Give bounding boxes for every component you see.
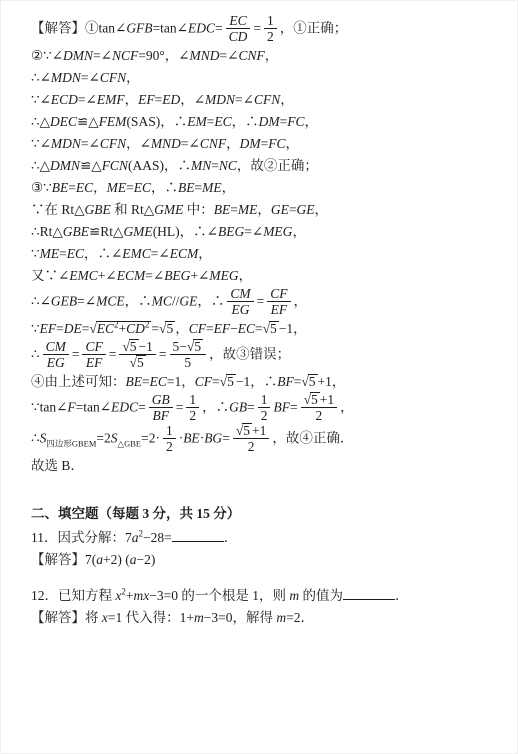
math-variable: a [132, 530, 139, 545]
text-run: =2． [286, 610, 314, 625]
text-run: = [212, 374, 220, 389]
text-run: 2 [166, 439, 173, 454]
text-run: ． [224, 530, 238, 545]
fraction-denominator: CD [226, 28, 251, 44]
math-variable: DMN [63, 48, 93, 63]
text-run: 二、填空题（每题 3 分，共 15 分） [31, 506, 240, 521]
text-run: + [126, 588, 134, 603]
radicand: 5 [193, 339, 203, 354]
text-run: 12．已知方程 [31, 588, 115, 603]
math-variable: FCN [102, 158, 128, 173]
text-run: ③∵ [31, 180, 52, 195]
text-run: ， [257, 202, 271, 217]
math-variable: DEC [50, 114, 77, 129]
text-run: ， [292, 224, 306, 239]
math-variable: CM [230, 286, 250, 301]
fill-blank-underline [343, 587, 395, 600]
sqrt-expression: √5 [220, 371, 236, 393]
math-variable: BE [52, 180, 69, 195]
text-run: ∴ [31, 431, 40, 446]
math-variable: m [289, 588, 299, 603]
sqrt-expression: √5 [122, 339, 138, 354]
math-variable: FC [287, 114, 304, 129]
fraction-numerator: 1 [264, 13, 277, 28]
text-run: ， [340, 400, 354, 415]
text-run: ， [304, 114, 318, 129]
text-run: 5 [227, 374, 234, 389]
text-run: +1 [320, 392, 334, 407]
text-run: =∠ [220, 48, 239, 63]
text-run: 【解答】将 [31, 610, 102, 625]
text-run: ， [198, 246, 212, 261]
text-run: 2 [267, 29, 274, 44]
math-variable: BE [126, 374, 143, 389]
math-variable: MCE [96, 294, 125, 309]
text-run: ， [93, 180, 107, 195]
math-variable: MDN [51, 136, 81, 151]
text-run: ≌△ [77, 114, 99, 129]
question-line: 11．因式分解：7a2−28=． [31, 527, 499, 549]
fill-blank-underline [172, 529, 224, 542]
math-variable: BE [183, 431, 200, 446]
text-run: (SAS)，∴ [126, 114, 187, 129]
math-variable: DMN [50, 158, 80, 173]
radicand: 5 [242, 423, 252, 438]
math-variable: EG [231, 302, 249, 317]
math-variable: MND [190, 48, 220, 63]
text-run: ，∠ [126, 136, 151, 151]
solution-line: ③∵BE=EC，ME=EC，∴BE=ME， [31, 177, 499, 199]
text-run: ， [175, 321, 189, 336]
subscript: 四边形GBEM [46, 438, 96, 448]
text-run: ， [280, 92, 294, 107]
text-run: 1 [267, 13, 274, 28]
text-run: ∵ [31, 246, 40, 261]
text-run: = [290, 400, 298, 415]
math-variable: BF [152, 408, 169, 423]
text-run: =∠ [81, 136, 100, 151]
math-variable: GB [152, 392, 170, 407]
fraction-denominator: BF [149, 407, 173, 423]
math-variable: CNF [238, 48, 264, 63]
solution-line: ∴CMEG=CFEF=√5−1√5=5−√55，故③错误； [31, 340, 499, 371]
text-run: = [289, 202, 297, 217]
text-run: 1 [189, 392, 196, 407]
subscript: △GBE [118, 438, 142, 448]
math-variable: BE [214, 202, 231, 217]
text-run: 5 [270, 321, 277, 336]
math-variable: ME [40, 246, 60, 261]
math-variable: NC [219, 158, 237, 173]
text-run: ， [315, 202, 329, 217]
text-run: ，∴ [151, 180, 178, 195]
math-variable: EC [238, 321, 255, 336]
math-variable: DE [64, 321, 82, 336]
solution-line: ∵∠ECD=∠EMF，EF=ED，∠MDN=∠CFN， [31, 89, 499, 111]
document-page: 【解答】①tan∠GFB=tan∠EDC=ECCD=12，①正确；②∵∠DMN=… [0, 0, 518, 754]
math-variable: MEG [209, 268, 238, 283]
text-run: = [253, 21, 261, 36]
fraction-denominator: √5 [119, 354, 156, 370]
math-variable: CF [85, 339, 102, 354]
fraction-numerator: 1 [186, 392, 199, 407]
sqrt-expression: √5 [304, 392, 320, 407]
text-run: =tan∠ [76, 400, 111, 415]
text-run: = [247, 400, 255, 415]
text-run: 的值为 [299, 588, 343, 603]
fraction-numerator: 1 [258, 392, 271, 407]
text-run: ∴∠ [31, 70, 51, 85]
math-variable: CFN [100, 136, 126, 151]
fraction: 12 [258, 392, 271, 423]
math-variable: MN [191, 158, 211, 173]
text-run: =1 代入得：1+ [108, 610, 194, 625]
radicand: 5 [129, 339, 139, 354]
radicand: 5 [269, 321, 279, 336]
math-variable: BEG [218, 224, 244, 239]
fraction-denominator: EG [43, 354, 69, 370]
text-run: +∠ [190, 268, 209, 283]
text-run: 1 [261, 392, 268, 407]
text-run: = [138, 400, 146, 415]
fraction-denominator: 5 [170, 354, 207, 370]
sqrt-expression: √EC2+CD2 [89, 318, 151, 340]
text-run: = [255, 321, 263, 336]
solution-answer-block: 【解答】①tan∠GFB=tan∠EDC=ECCD=12，①正确；②∵∠DMN=… [31, 14, 499, 477]
math-variable: CM [46, 339, 66, 354]
text-run: ， [222, 180, 236, 195]
math-variable: DM [259, 114, 280, 129]
text-run: 【解答】7( [31, 552, 96, 567]
fraction: 12 [186, 392, 199, 423]
section-heading: 二、填空题（每题 3 分，共 15 分） [31, 503, 499, 525]
text-run: 【解答】①tan∠ [31, 21, 126, 36]
fill-in-items: 11．因式分解：7a2−28=．【解答】7(a+2) (a−2)12．已知方程 … [31, 527, 499, 629]
text-run: 5 [166, 321, 173, 336]
math-variable: EMC [122, 246, 151, 261]
text-run: =90°，∠ [138, 48, 189, 63]
text-run: =tan∠ [153, 21, 188, 36]
text-run: ∴Rt△ [31, 224, 63, 239]
math-variable: GE [297, 202, 315, 217]
text-run: 5 [130, 339, 137, 354]
fraction-numerator: √5−1 [119, 339, 156, 354]
fraction-numerator: 1 [163, 423, 176, 438]
fraction-denominator: EF [267, 301, 290, 317]
text-run: ④由上述可知： [31, 374, 126, 389]
text-run: = [215, 21, 223, 36]
text-run: ②∵∠ [31, 48, 63, 63]
answer-line: 【解答】将 x=1 代入得：1+m−3=0，解得 m=2． [31, 607, 499, 629]
math-variable: DM [240, 136, 261, 151]
solution-line: 故选 B． [31, 455, 499, 477]
text-run: ∵tan∠ [31, 400, 67, 415]
radicand: 5 [165, 321, 175, 336]
math-variable: FEM [99, 114, 127, 129]
math-variable: ME [107, 180, 127, 195]
math-variable: BF [273, 400, 290, 415]
text-run: 2 [315, 408, 322, 423]
solution-line: ∵∠MDN=∠CFN，∠MND=∠CNF，DM=FC， [31, 133, 499, 155]
solution-line: 【解答】①tan∠GFB=tan∠EDC=ECCD=12，①正确； [31, 14, 499, 45]
text-run: ≌Rt△ [89, 224, 123, 239]
solution-line: ④由上述可知：BE=EC=1，CF=√5−1，∴BF=√5+1， [31, 371, 499, 393]
sqrt-expression: √5 [301, 371, 317, 393]
sqrt-expression: √5 [236, 423, 252, 438]
text-run: = [294, 374, 302, 389]
fraction-denominator: EG [227, 301, 253, 317]
text-run: ， [286, 136, 300, 151]
text-run: ，故③错误； [209, 347, 290, 362]
math-variable: CFN [100, 70, 126, 85]
math-variable: m [276, 610, 286, 625]
fraction: CMEG [227, 286, 253, 317]
question-line: 12．已知方程 x2+mx−3=0 的一个根是 1，则 m 的值为． [31, 585, 499, 607]
fraction: ECCD [226, 13, 251, 44]
math-variable: CFN [254, 92, 280, 107]
fill-in-item: 12．已知方程 x2+mx−3=0 的一个根是 1，则 m 的值为．【解答】将 … [31, 585, 499, 629]
text-run: 1 [166, 423, 173, 438]
text-run: 和 Rt△ [111, 202, 154, 217]
solution-line: ∴∠GEB=∠MCE，∴MC//GE，∴CMEG=CFEF， [31, 287, 499, 318]
math-variable: EM [187, 114, 207, 129]
text-run: 2 [248, 439, 255, 454]
text-run: = [56, 321, 64, 336]
math-variable: CD [229, 29, 248, 44]
text-run: =∠ [181, 136, 200, 151]
radicand: EC2+CD2 [96, 321, 152, 336]
text-run: = [151, 321, 159, 336]
text-run: 2 [189, 408, 196, 423]
math-variable: mx [134, 588, 150, 603]
text-run: =∠ [93, 48, 112, 63]
sqrt-expression: √5 [263, 318, 279, 340]
fraction-denominator: 2 [264, 28, 277, 44]
text-run: ∵在 Rt△ [31, 202, 85, 217]
fraction-numerator: √5+1 [301, 392, 338, 407]
text-run: =∠ [77, 294, 96, 309]
math-variable: GEB [51, 294, 77, 309]
fill-in-item: 11．因式分解：7a2−28=．【解答】7(a+2) (a−2) [31, 527, 499, 571]
math-variable: EC [214, 114, 231, 129]
math-variable: EMF [97, 92, 125, 107]
text-run: =∠ [235, 92, 254, 107]
math-variable: BE [178, 180, 195, 195]
solution-line: ②∵∠DMN=∠NCF=90°，∠MND=∠CNF， [31, 45, 499, 67]
text-run: ∵∠ [31, 92, 51, 107]
text-run: = [126, 180, 134, 195]
solution-line: ∵EF=DE=√EC2+CD2=√5，CF=EF−EC=√5−1， [31, 318, 499, 340]
text-run: ，∴ [125, 294, 152, 309]
math-variable: EC [134, 180, 151, 195]
text-run: +∠ [98, 268, 117, 283]
math-variable: F [67, 400, 75, 415]
fraction-numerator: CF [82, 339, 105, 354]
text-run: 5− [173, 339, 187, 354]
fraction-denominator: 2 [186, 407, 199, 423]
math-variable: S [111, 431, 118, 446]
text-run: −3=0，解得 [204, 610, 277, 625]
text-run: 5 [194, 339, 201, 354]
fraction-numerator: 5−√5 [170, 339, 207, 354]
text-run: (HL)，∴∠ [153, 224, 218, 239]
text-run: = [68, 180, 76, 195]
math-variable: CF [195, 374, 212, 389]
math-variable: ECD [51, 92, 78, 107]
text-run: ，∴ [202, 400, 229, 415]
sqrt-expression: √5 [187, 339, 203, 354]
text-run: ∴∠ [31, 294, 51, 309]
text-run: ，∴ [197, 294, 224, 309]
fraction: 12 [264, 13, 277, 44]
math-variable: BG [204, 431, 222, 446]
math-variable: EF [40, 321, 57, 336]
text-run: ∴△ [31, 114, 50, 129]
fraction-numerator: √5+1 [233, 423, 270, 438]
math-variable: EDC [111, 400, 138, 415]
fill-in-blanks-section: 二、填空题（每题 3 分，共 15 分） 11．因式分解：7a2−28=．【解答… [31, 503, 499, 629]
solution-line: ∴Rt△GBE≌Rt△GME(HL)，∴∠BEG=∠MEG， [31, 221, 499, 243]
math-variable: EC [97, 321, 114, 336]
text-run: +1， [318, 374, 346, 389]
text-run: (AAS)，∴ [128, 158, 191, 173]
text-run: = [194, 180, 202, 195]
text-run: = [257, 294, 265, 309]
text-run: =∠ [81, 70, 100, 85]
text-run: ≌△ [80, 158, 102, 173]
fraction-denominator: EF [82, 354, 105, 370]
math-variable: MND [151, 136, 181, 151]
math-variable: EF [138, 92, 155, 107]
math-variable: EC [67, 246, 84, 261]
text-run: =1， [167, 374, 195, 389]
text-run: =∠ [151, 246, 170, 261]
text-run: = [206, 321, 214, 336]
solution-line: 又∵∠EMC+∠ECM=∠BEG+∠MEG， [31, 265, 499, 287]
text-run: −1，∴ [236, 374, 277, 389]
text-run: 11．因式分解：7 [31, 530, 132, 545]
text-run: + [119, 321, 127, 336]
fraction-denominator: 2 [301, 407, 338, 423]
text-run: = [72, 347, 80, 362]
text-run: = [222, 431, 230, 446]
text-run: 2 [261, 408, 268, 423]
math-variable: GBE [85, 202, 111, 217]
text-run: =∠ [78, 92, 97, 107]
math-variable: GE [179, 294, 197, 309]
text-run: ， [226, 136, 240, 151]
math-variable: ECM [170, 246, 199, 261]
math-variable: GBE [63, 224, 89, 239]
fraction-numerator: CM [227, 286, 253, 301]
text-run: 5 [309, 374, 316, 389]
fraction: CMEG [43, 339, 69, 370]
math-variable: CF [270, 286, 287, 301]
superscript: 2 [145, 320, 150, 330]
solution-line: ∴△DMN≌△FCN(AAS)，∴MN=NC，故②正确； [31, 155, 499, 177]
fraction-denominator: 2 [258, 407, 271, 423]
math-variable: GE [271, 202, 289, 217]
text-run: ，∴∠ [84, 246, 122, 261]
text-run: ，∠ [180, 92, 205, 107]
math-variable: EDC [188, 21, 215, 36]
text-run: = [230, 202, 238, 217]
solution-line: ∵ME=EC，∴∠EMC=∠ECM， [31, 243, 499, 265]
sqrt-expression: √5 [130, 355, 146, 370]
math-variable: EF [86, 355, 103, 370]
text-run: ，故④正确． [272, 431, 353, 446]
text-run: ，①正确； [280, 21, 348, 36]
text-run: ， [239, 268, 253, 283]
math-variable: m [194, 610, 204, 625]
fraction: √5+12 [233, 423, 270, 454]
math-variable: GB [229, 400, 247, 415]
text-run: − [230, 321, 238, 336]
math-variable: ED [162, 92, 180, 107]
text-run: ∵ [31, 321, 40, 336]
math-variable: ECM [117, 268, 146, 283]
solution-line: ∵tan∠F=tan∠EDC=GBBF=12，∴GB=12BF=√5+12， [31, 393, 499, 424]
math-variable: ME [238, 202, 258, 217]
text-run: −28= [143, 530, 172, 545]
text-run: ∴△ [31, 158, 50, 173]
solution-line: ∴S四边形GBEM=2S△GBE=2·12·BE·BG=√5+12，故④正确． [31, 424, 499, 455]
text-run: 5 [243, 423, 250, 438]
text-run: ∴ [31, 347, 40, 362]
text-run: ∵∠ [31, 136, 51, 151]
text-run: −3=0 的一个根是 1，则 [149, 588, 289, 603]
text-run: = [142, 374, 150, 389]
text-run: = [159, 347, 167, 362]
fraction-numerator: EC [226, 13, 251, 28]
math-variable: a [96, 552, 103, 567]
math-variable: CD [126, 321, 145, 336]
math-variable: EMC [69, 268, 98, 283]
text-run: = [59, 246, 67, 261]
math-variable: MEG [263, 224, 292, 239]
math-variable: MDN [51, 70, 81, 85]
radicand: 5 [136, 355, 146, 370]
fraction-numerator: CF [267, 286, 290, 301]
text-run: = [109, 347, 117, 362]
fraction: 12 [163, 423, 176, 454]
text-run: ，∴ [232, 114, 259, 129]
fraction: GBBF [149, 392, 173, 423]
math-variable: BF [277, 374, 294, 389]
text-run: 中： [183, 202, 213, 217]
fraction-numerator: CM [43, 339, 69, 354]
radicand: 5 [308, 374, 318, 389]
text-run: 故选 B． [31, 458, 84, 473]
math-variable: NCF [112, 48, 138, 63]
math-variable: EC [229, 13, 246, 28]
math-variable: EF [271, 302, 288, 317]
answer-line: 【解答】7(a+2) (a−2) [31, 549, 499, 571]
text-run: −1 [139, 339, 153, 354]
text-run: 5 [184, 355, 191, 370]
radicand: 5 [226, 374, 236, 389]
text-run: ，故②正确； [237, 158, 318, 173]
text-run: ， [265, 48, 279, 63]
sqrt-expression: √5 [159, 318, 175, 340]
solution-line: ∵在 Rt△GBE 和 Rt△GME 中：BE=ME，GE=GE， [31, 199, 499, 221]
math-variable: CNF [200, 136, 226, 151]
text-run: =2 [96, 431, 110, 446]
math-variable: MDN [205, 92, 235, 107]
fraction: √5+12 [301, 392, 338, 423]
math-variable: GME [154, 202, 183, 217]
text-run: ， [294, 294, 308, 309]
